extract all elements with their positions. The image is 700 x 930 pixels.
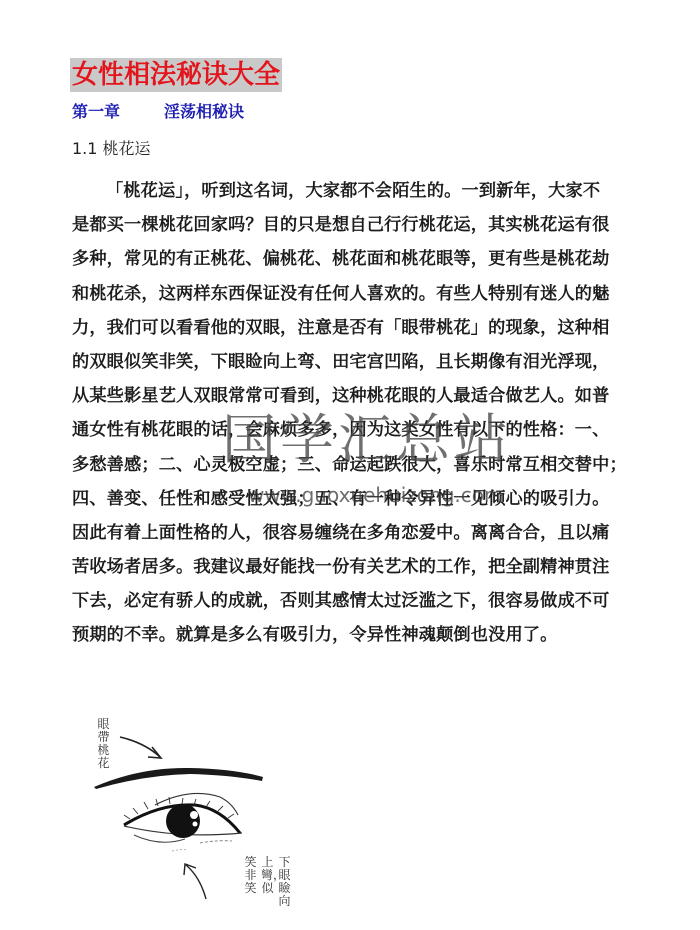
document-title: 女性相法秘诀大全 bbox=[70, 58, 282, 92]
body-line: 多种，常见的有正桃花、偏桃花、桃花面和桃花眼等，更有些是桃花劫 bbox=[72, 242, 654, 276]
body-line: 从某些影星艺人双眼常常可看到，这种桃花眼的人最适合做艺人。如普 bbox=[72, 379, 654, 413]
figure-label-col1: 下眼瞼向 bbox=[278, 856, 291, 908]
body-paragraph: 「桃花运」，听到这名词，大家都不会陌生的。一到新年，大家不 是都买一棵桃花回家吗… bbox=[72, 174, 654, 653]
figure-label-col3: 笑非笑 bbox=[244, 856, 257, 895]
body-line: 通女性有桃花眼的话，会麻烦多多，因为这类女性有以下的性格：一、 bbox=[72, 413, 654, 447]
body-line: 和桃花杀，这两样东西保证没有任何人喜欢的。有些人特别有迷人的魅 bbox=[72, 277, 654, 311]
eye-illustration: 眼帶桃花 下眼瞼向 上彎，似 笑非笑 bbox=[60, 705, 320, 930]
body-line: 苦收场者居多。我建议最好能找一份有关艺术的工作，把全副精神贯注 bbox=[72, 550, 654, 584]
body-line: 力，我们可以看看他的双眼，注意是否有「眼带桃花」的现象，这种相 bbox=[72, 311, 654, 345]
chapter-heading: 第一章淫荡相秘诀 bbox=[72, 101, 244, 123]
chapter-name: 淫荡相秘诀 bbox=[164, 102, 244, 121]
body-line: 因此有着上面性格的人，很容易缠绕在多角恋爱中。离离合合，且以痛 bbox=[72, 516, 654, 550]
body-line: 是都买一棵桃花回家吗？目的只是想自己行行桃花运，其实桃花运有很 bbox=[72, 208, 654, 242]
body-line: 下去，必定有骄人的成就，否则其感情太过泛滥之下，很容易做成不可 bbox=[72, 584, 654, 618]
body-line: 四、善变、任性和感受性太强；五、有一种令异性一见倾心的吸引力。 bbox=[72, 482, 654, 516]
body-line: 多愁善感；二、心灵极空虚；三、命运起跌很大，喜乐时常互相交替中； bbox=[72, 448, 654, 482]
chapter-number: 第一章 bbox=[72, 101, 164, 123]
body-line: 的双眼似笑非笑，下眼睑向上弯、田宅宫凹陷，且长期像有泪光浮现， bbox=[72, 345, 654, 379]
body-line: 预期的不幸。就算是多么有吸引力，令异性神魂颠倒也没用了。 bbox=[72, 618, 654, 652]
body-line: 「桃花运」，听到这名词，大家都不会陌生的。一到新年，大家不 bbox=[72, 174, 654, 208]
figure-label-eye-peach-blossom: 眼帶桃花 bbox=[97, 718, 110, 770]
document-page: 女性相法秘诀大全 第一章淫荡相秘诀 1.1 桃花运 「桃花运」，听到这名词，大家… bbox=[0, 0, 700, 930]
section-heading: 1.1 桃花运 bbox=[72, 138, 151, 160]
figure-label-col2: 上彎，似 bbox=[261, 856, 274, 895]
